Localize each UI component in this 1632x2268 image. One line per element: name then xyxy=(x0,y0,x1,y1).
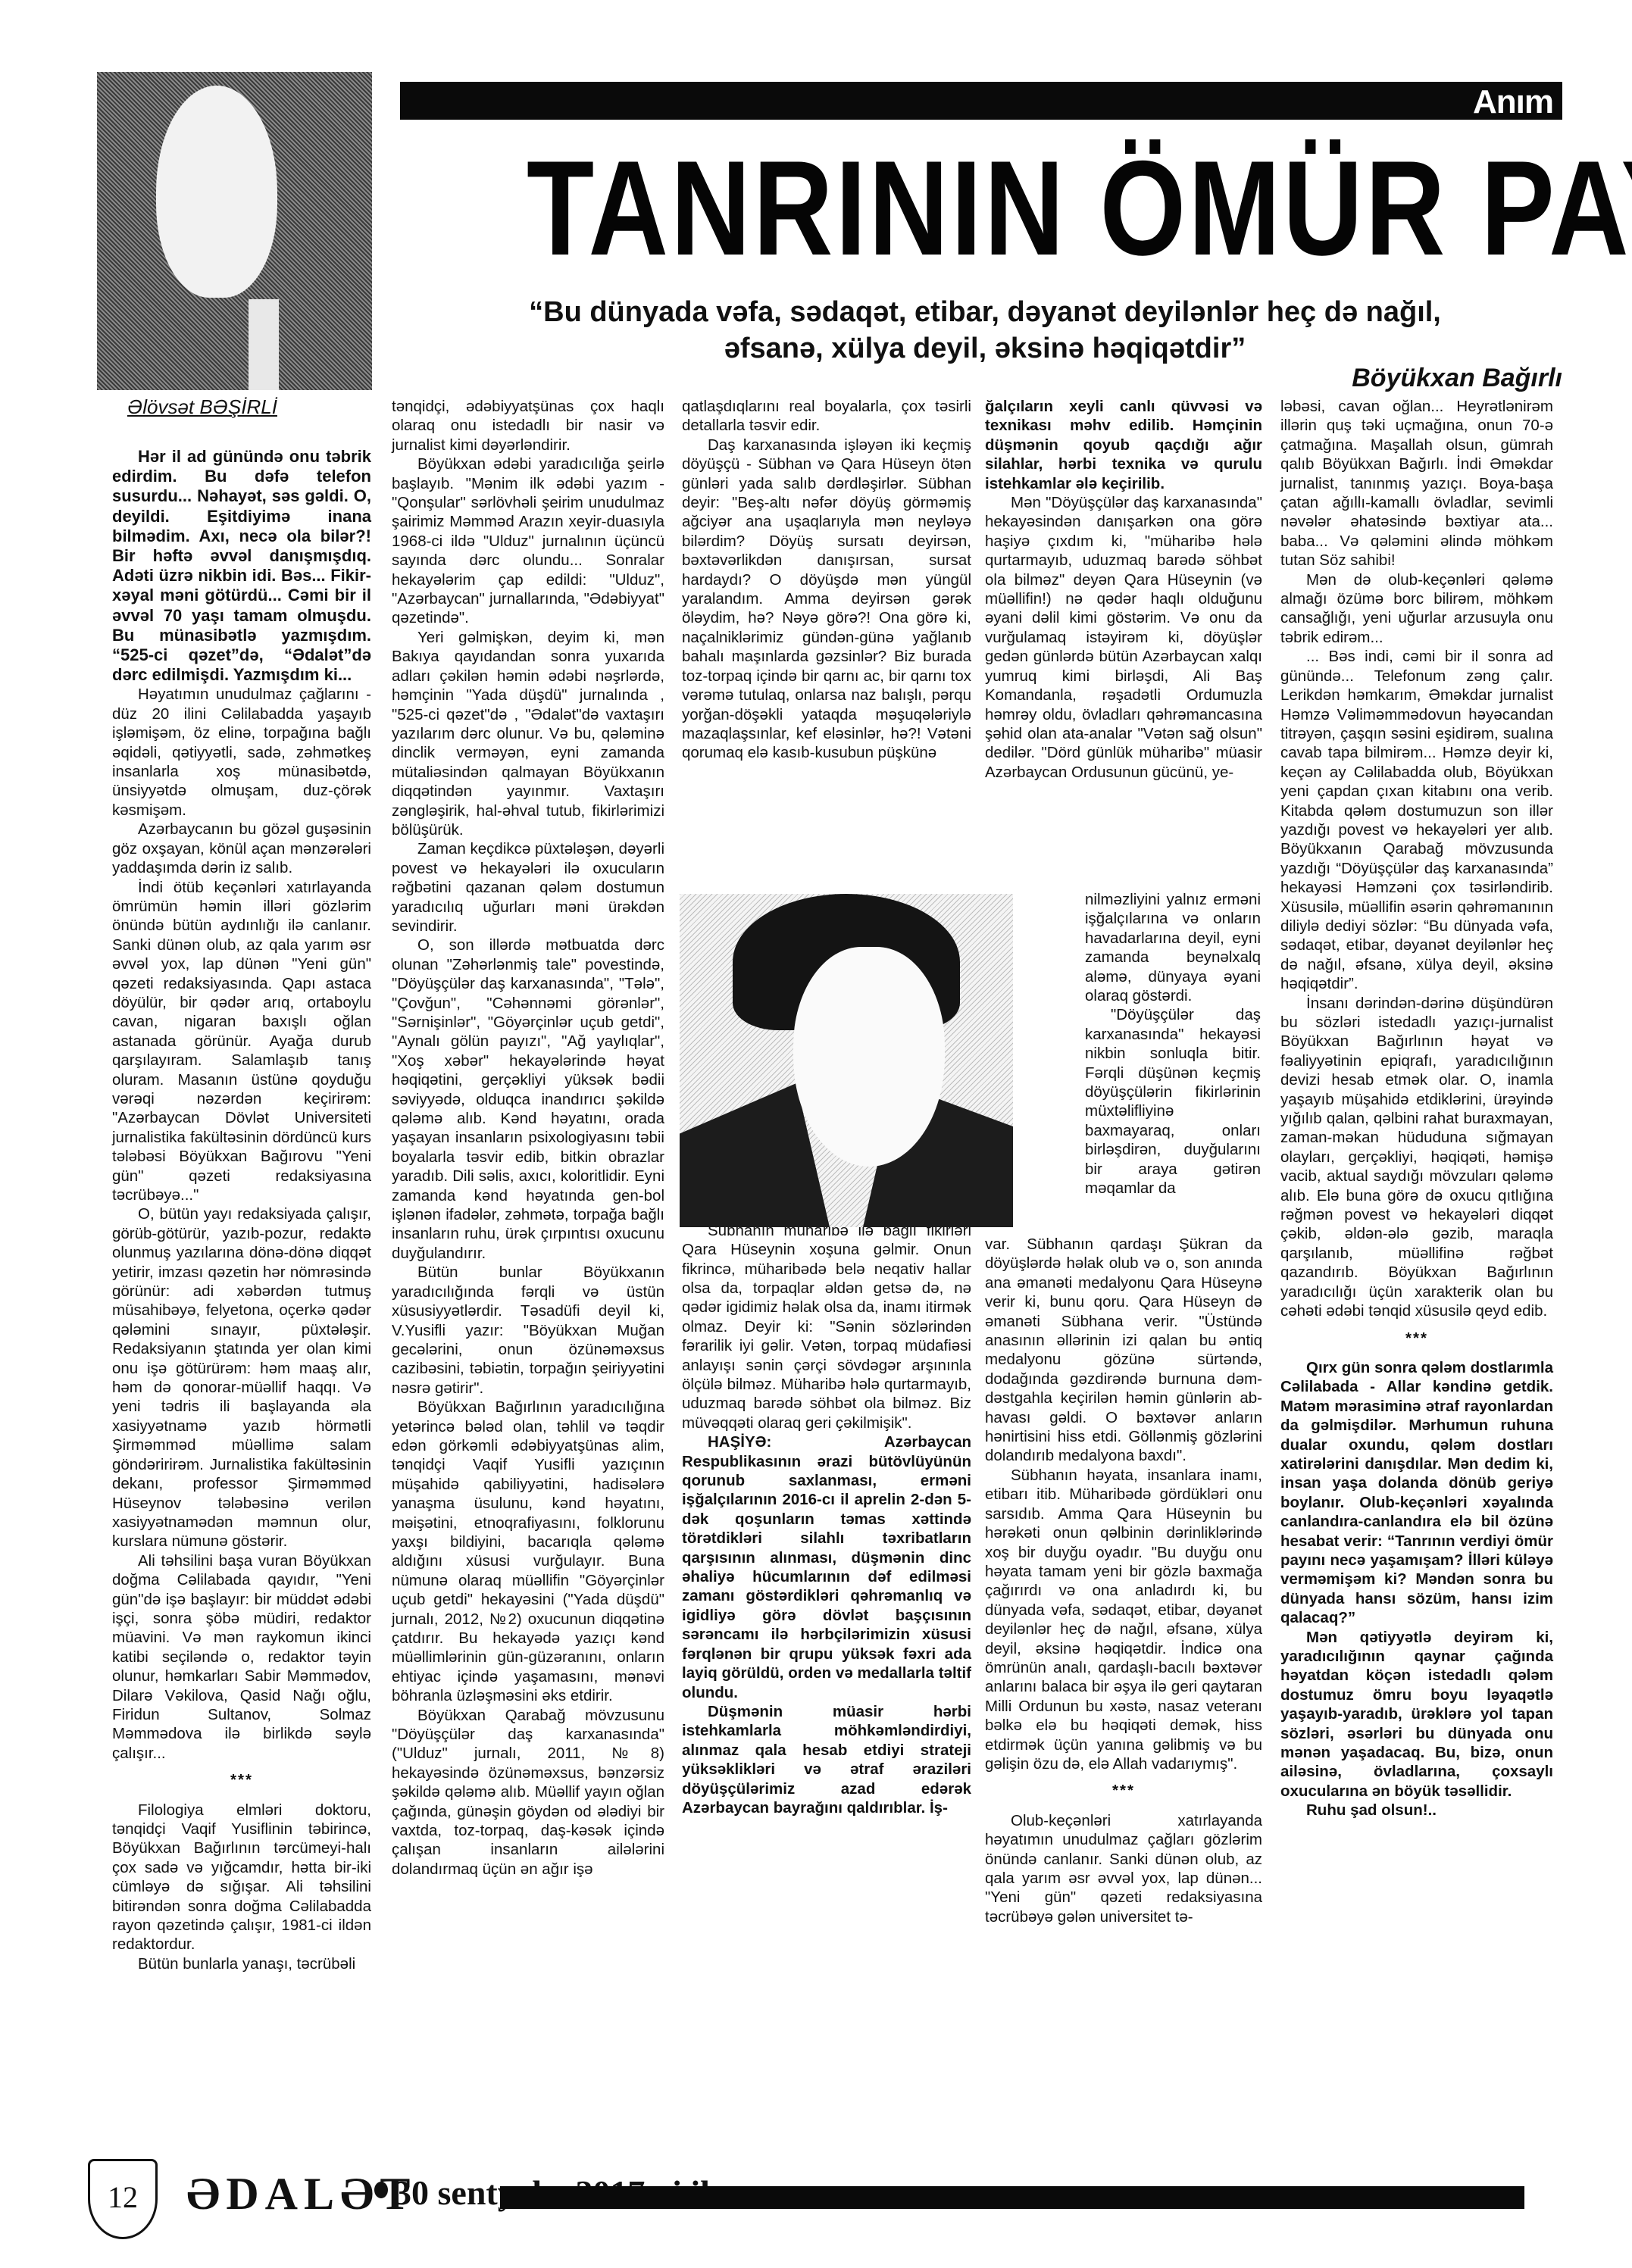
portrait-face xyxy=(793,947,945,1167)
byline: Əlövsət BƏŞİRLİ xyxy=(127,395,277,419)
article-column-4: ğalçıların xeyli canlı qüvvəsi və texnik… xyxy=(985,397,1262,782)
article-column-5: ləbəsi, cavan oğlan... Heyrətlənirəm ill… xyxy=(1280,397,1553,1820)
article-column-2: tənqidçi, ədəbiyyatşünas çox haqlı olara… xyxy=(392,397,664,1879)
page-footer: 12 ƏDALƏT 30 sentyabr 2017-ci il xyxy=(0,2151,1632,2242)
epigraph-author: Böyükxan Bağırlı xyxy=(1352,364,1562,393)
paragraph: tənqidçi, ədəbiyyatşünas çox haqlı olara… xyxy=(392,397,664,455)
paragraph: Bütün bunlarla yanaşı, təcrübəli xyxy=(112,1954,371,1973)
epigraph-line-1: “Bu dünyada vəfa, sədaqət, etibar, dəyan… xyxy=(424,294,1546,330)
paragraph: İndi ötüb keçənləri xatırlayanda ömrümün… xyxy=(112,878,371,1205)
paragraph: Qırx gün sonra qələm dostlarımla Cəlilab… xyxy=(1280,1358,1553,1628)
section-separator: *** xyxy=(1280,1329,1553,1348)
paragraph: Böyükxan Qarabağ mövzusunu "Döyüşçülər d… xyxy=(392,1706,664,1879)
paragraph: O, bütün yayı redaksiyada çalışır, görüb… xyxy=(112,1204,371,1551)
author-portrait-photo xyxy=(97,72,372,390)
paragraph: qatlaşdıqlarını real boyalarla, çox təsi… xyxy=(682,397,971,436)
paragraph: Ali təhsilini başa vuran Böyükxan doğma … xyxy=(112,1551,371,1763)
article-column-4-lower: var. Sübhanın qardaşı Şükran da döyüşlər… xyxy=(985,1235,1262,1926)
paragraph: İnsanı dərindən-dərinə düşündürən bu söz… xyxy=(1280,994,1553,1321)
paragraph: Filologiya elmləri doktoru, tənqidçi Vaq… xyxy=(112,1801,371,1954)
section-banner: Anım xyxy=(400,82,1562,120)
footnote-paragraph: HAŞİYƏ: Azərbaycan Respublikasının ərazi… xyxy=(682,1432,971,1702)
portrait-face xyxy=(156,86,277,298)
paragraph: Olub-keçənləri xatırlayanda həyatımın un… xyxy=(985,1811,1262,1926)
portrait-shirt xyxy=(249,299,279,390)
paragraph: Böyükxan Bağırlının yaradıcılığına yetər… xyxy=(392,1398,664,1706)
paragraph: Bütün bunlar Böyükxanın yaradıcılığında … xyxy=(392,1263,664,1398)
paragraph: Mən "Döyüşçülər daş karxanasında" hekayə… xyxy=(985,493,1262,782)
page-number-shield-icon: 12 xyxy=(88,2159,158,2239)
closing-line: Ruhu şad olsun!.. xyxy=(1280,1801,1553,1820)
headline: TANRININ ÖMÜR PAYI xyxy=(527,136,1458,280)
paragraph: O, son illərdə mətbuatda dərc olunan "Zə… xyxy=(392,936,664,1263)
bullet-dot xyxy=(374,2182,388,2198)
subject-portrait-photo xyxy=(680,894,1013,1227)
paragraph: Zaman keçdikcə püxtələşən, dəyərli poves… xyxy=(392,839,664,936)
lead-paragraph: Hər il ad günündə onu təbrik edirdim. Bu… xyxy=(112,447,371,685)
footnote-text: Azərbaycan Respublikasının ərazi bütövlü… xyxy=(682,1433,971,1701)
paragraph: Yeri gəlmişkən, deyim ki, mən Bakıya qay… xyxy=(392,628,664,839)
article-column-1: Hər il ad günündə onu təbrik edirdim. Bu… xyxy=(112,447,371,1973)
paragraph: Mən də olub-keçənləri qələmə almağı özüm… xyxy=(1280,570,1553,648)
footnote-label: HAŞİYƏ: xyxy=(708,1433,771,1451)
paragraph: Sübhanın müharibə ilə bağlı fikirləri Qa… xyxy=(682,1221,971,1432)
footer-bar xyxy=(500,2186,1524,2209)
paragraph: ğalçıların xeyli canlı qüvvəsi və texnik… xyxy=(985,397,1262,493)
photo-wrapped-text: nilməzliyini yalnız erməni işğalçılarına… xyxy=(1085,890,1261,1198)
page-number: 12 xyxy=(108,2180,138,2214)
paragraph: ... Bəs indi, cəmi bir il sonra ad günün… xyxy=(1280,647,1553,993)
paragraph: "Döyüşçülər daş karxanasında" hekayəsi n… xyxy=(1085,1005,1261,1198)
section-separator: *** xyxy=(985,1781,1262,1800)
epigraph-line-2: əfsanə, xülya deyil, əksinə həqiqətdir” xyxy=(424,330,1546,367)
section-rubric: Anım xyxy=(1473,83,1553,121)
paragraph: Azərbaycanın bu gözəl guşəsinin göz oxşa… xyxy=(112,820,371,877)
paragraph: var. Sübhanın qardaşı Şükran da döyüşlər… xyxy=(985,1235,1262,1466)
paragraph: Daş karxanasında işləyən iki keçmiş döyü… xyxy=(682,436,971,763)
paragraph: Mən qətiyyətlə deyirəm ki, yaradıcılığın… xyxy=(1280,1628,1553,1801)
paragraph: Düşmənin müasir hərbi istehkamlarla möhk… xyxy=(682,1702,971,1817)
epigraph: “Bu dünyada vəfa, sədaqət, etibar, dəyan… xyxy=(424,294,1546,367)
paragraph: nilməzliyini yalnız erməni işğalçılarına… xyxy=(1085,890,1261,1005)
paragraph: Sübhanın həyata, insanlara inamı, etibar… xyxy=(985,1466,1262,1774)
paragraph: Böyükxan ədəbi yaradıcılığa şeirlə başla… xyxy=(392,455,664,628)
paragraph: ləbəsi, cavan oğlan... Heyrətlənirəm ill… xyxy=(1280,397,1553,570)
paragraph: Həyatımın unudulmaz çağlarını - düz 20 i… xyxy=(112,685,371,820)
section-separator: *** xyxy=(112,1770,371,1789)
